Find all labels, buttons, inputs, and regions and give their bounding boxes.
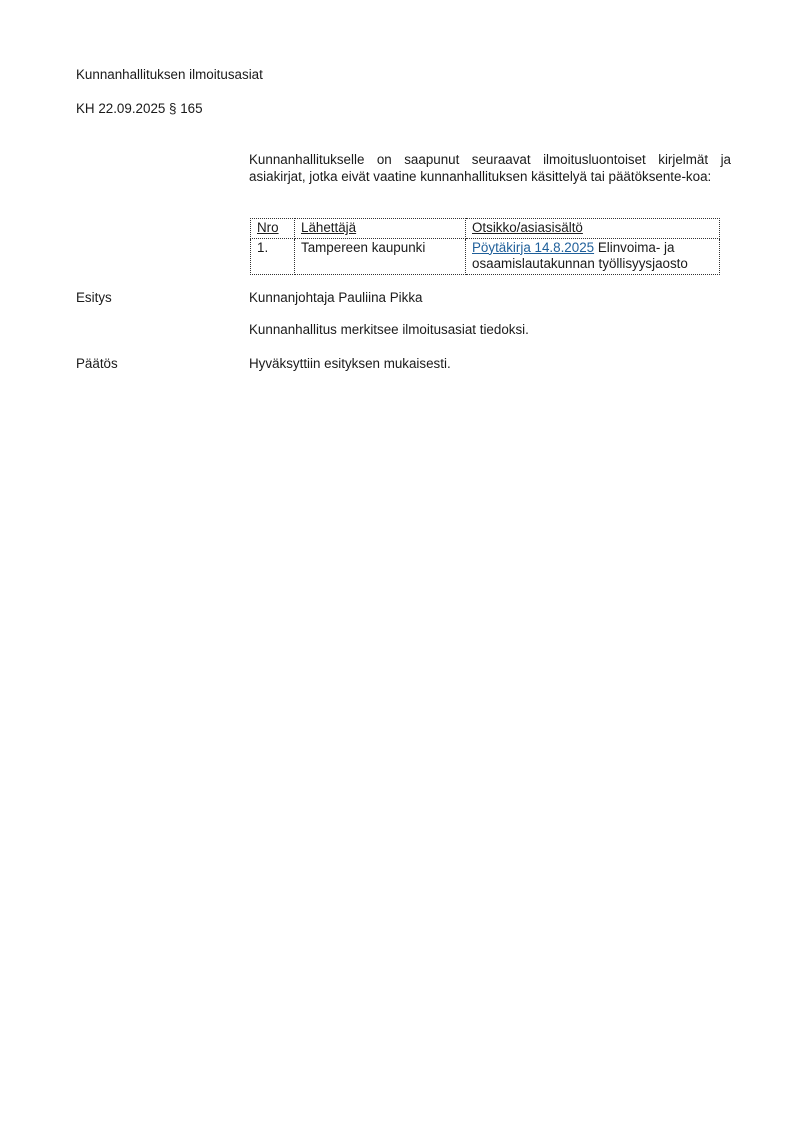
esitys-label: Esitys [76,290,112,305]
esitys-text: Kunnanhallitus merkitsee ilmoitusasiat t… [249,322,529,337]
table-header-row: Nro Lähettäjä Otsikko/asiasisältö [251,219,720,239]
header-nro: Nro [251,219,295,239]
esitys-presenter: Kunnanjohtaja Pauliina Pikka [249,290,422,305]
paatos-text: Hyväksyttiin esityksen mukaisesti. [249,356,451,371]
cell-nro: 1. [251,238,295,274]
minutes-link[interactable]: Pöytäkirja 14.8.2025 [472,240,594,255]
cell-subject: Pöytäkirja 14.8.2025 Elinvoima- ja osaam… [466,238,720,274]
notices-table: Nro Lähettäjä Otsikko/asiasisältö 1. Tam… [250,218,720,275]
header-subject: Otsikko/asiasisältö [466,219,720,239]
paatos-label: Päätös [76,356,118,371]
intro-paragraph: Kunnanhallitukselle on saapunut seuraava… [249,152,731,186]
cell-sender: Tampereen kaupunki [295,238,466,274]
document-title: Kunnanhallituksen ilmoitusasiat [76,67,263,82]
table-row: 1. Tampereen kaupunki Pöytäkirja 14.8.20… [251,238,720,274]
meeting-reference: KH 22.09.2025 § 165 [76,101,203,116]
header-sender: Lähettäjä [295,219,466,239]
